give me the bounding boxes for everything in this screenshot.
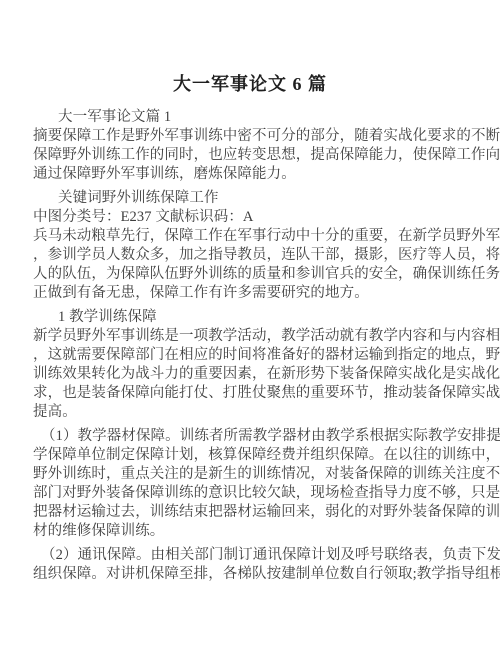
text-line: （1）教学器材保障。训练者所需教学器材由教学系根据实际教学安排提出需求，教 bbox=[33, 427, 467, 446]
text-line: ，这就需要保障部门在相应的时间将准备好的器材运输到指定的地点，野外装备保障是 bbox=[33, 346, 467, 365]
text-line: 学保障单位制定保障计划，核算保障经费并组织保障。在以往的训练中，组织部队进行 bbox=[33, 446, 467, 465]
paragraph: 1 教学训练保障 bbox=[33, 308, 467, 327]
page-title: 大一军事论文 6 篇 bbox=[33, 72, 467, 97]
text-line: 求，也是装备保障向能打仗、打胜仗聚焦的重要环节，推动装备保障实战化训练水平的 bbox=[33, 384, 467, 403]
text-line: 人的队伍，为保障队伍野外训练的质量和参训官兵的安全，确保训练任务圆满完成，真 bbox=[33, 265, 467, 284]
text-line: 野外训练时，重点关注的是新生的训练情况，对装备保障的训练关注度不够，装备保障 bbox=[33, 465, 467, 484]
text-line: 把器材运输过去，训练结束把器材运输回来，弱化的对野外装备保障的训练，也没有器 bbox=[33, 503, 467, 522]
paragraph: 新学员野外军事训练是一项教学活动，教学活动就有教学内容和与内容相应的教学器材，这… bbox=[33, 327, 467, 422]
paragraph: 关键词野外训练保障工作 bbox=[33, 189, 467, 208]
paragraph: 摘要保障工作是野外军事训练中密不可分的部分，随着实战化要求的不断提高，在做好保障… bbox=[33, 127, 467, 184]
text-line: 通过保障野外军事训练，磨炼保障能力。 bbox=[33, 165, 467, 184]
paragraph: （2）通讯保障。由相关部门制订通讯保障计划及呼号联络表，负责下发通讯器材并组织保… bbox=[33, 546, 467, 584]
text-line: 组织保障。对讲机保障至排，各梯队按建制单位数自行领取;教学指导组根据实际需求 bbox=[33, 565, 467, 584]
text-line: 保障野外训练工作的同时，也应转变思想，提高保障能力，使保障工作向实战化靠拢， bbox=[33, 146, 467, 165]
text-line: 新学员野外军事训练是一项教学活动，教学活动就有教学内容和与内容相应的教学器材 bbox=[33, 327, 467, 346]
text-line: 材的维修保障训练。 bbox=[33, 522, 467, 541]
text-line: 摘要保障工作是野外军事训练中密不可分的部分，随着实战化要求的不断提高，在做好 bbox=[33, 127, 467, 146]
text-line: 中图分类号：E237 文献标识码：A bbox=[33, 208, 467, 227]
paragraph: （1）教学器材保障。训练者所需教学器材由教学系根据实际教学安排提出需求，教学保障… bbox=[33, 427, 467, 541]
paragraphs-container: 大一军事论文篇 1摘要保障工作是野外军事训练中密不可分的部分，随着实战化要求的不… bbox=[33, 108, 467, 584]
document-page: 大一军事论文 6 篇 大一军事论文篇 1摘要保障工作是野外军事训练中密不可分的部… bbox=[0, 0, 500, 647]
text-line: 大一军事论文篇 1 bbox=[33, 108, 467, 127]
text-line: 1 教学训练保障 bbox=[33, 308, 467, 327]
paragraph: 大一军事论文篇 1 bbox=[33, 108, 467, 127]
text-line: 关键词野外训练保障工作 bbox=[33, 189, 467, 208]
text-line: （2）通讯保障。由相关部门制订通讯保障计划及呼号联络表，负责下发通讯器材并 bbox=[33, 546, 467, 565]
text-line: 兵马未动粮草先行，保障工作在军事行动中十分的重要，在新学员野外军事军事训练中 bbox=[33, 227, 467, 246]
text-line: 提高。 bbox=[33, 403, 467, 422]
paragraph: 中图分类号：E237 文献标识码：A bbox=[33, 208, 467, 227]
text-line: ，参训学员人数众多，加之指导教员，连队干部，摄影，医疗等人员，将形成一个过千 bbox=[33, 246, 467, 265]
paragraph: 兵马未动粮草先行，保障工作在军事行动中十分的重要，在新学员野外军事军事训练中，参… bbox=[33, 227, 467, 303]
text-line: 训练效果转化为战斗力的重要因素，在新形势下装备保障实战化是实战化训练的实践要 bbox=[33, 365, 467, 384]
text-line: 正做到有备无患，保障工作有许多需要研究的地方。 bbox=[33, 284, 467, 303]
text-line: 部门对野外装备保障训练的意识比较欠缺，现场检查指导力度不够，只是训练前简单的 bbox=[33, 484, 467, 503]
